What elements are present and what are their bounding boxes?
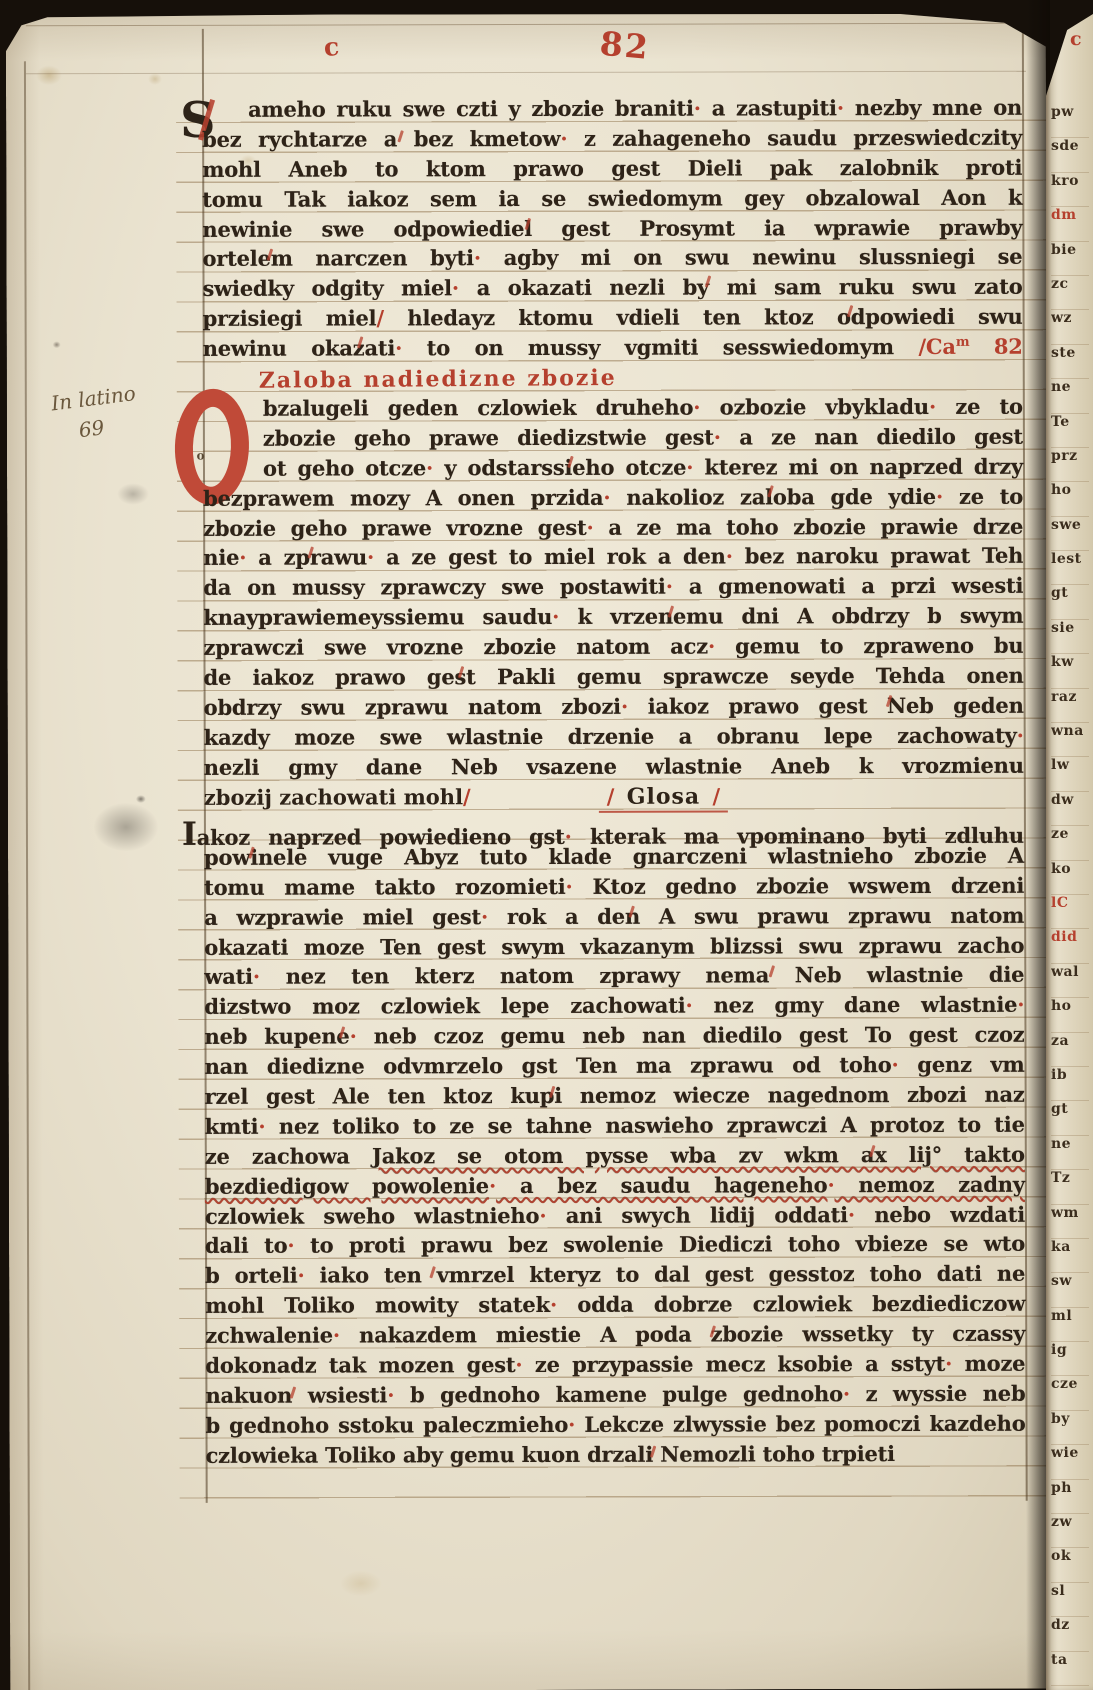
edge-text-fragment: did xyxy=(1051,929,1089,963)
manuscript-text-line: kazdy moze swe wlastnie drzenie a obranu… xyxy=(204,722,1024,754)
manuscript-text-line: swiedky odgity miel· a okazati nezli by … xyxy=(202,274,1022,306)
edge-text-fragment: ta xyxy=(1051,1652,1089,1686)
top-frame-line xyxy=(26,71,1026,75)
edge-text-fragment: wie xyxy=(1051,1445,1089,1479)
edge-text-fragment: ste xyxy=(1051,345,1089,379)
rubrication-ticks xyxy=(6,13,1046,16)
manuscript-text-line: ameho ruku swe czti y zbozie braniti· a … xyxy=(202,95,1022,127)
red-virgule: / xyxy=(463,784,471,809)
ink-speck xyxy=(53,341,61,348)
manuscript-text-line: mohl Aneb to ktom prawo gest Dieli pak z… xyxy=(202,154,1022,186)
margin-note-number: 69 xyxy=(77,408,141,445)
edge-text-fragment: Te xyxy=(1051,414,1089,448)
edge-text-fragment: ze xyxy=(1051,826,1089,860)
ink-smudge xyxy=(117,483,149,505)
manuscript-text-line: wati· nez ten kterz natom zprawy nema Ne… xyxy=(204,962,1024,994)
manuscript-text-line: czlowieka Toliko aby gemu kuon drzali Ne… xyxy=(206,1440,1026,1472)
manuscript-text-line: dokonadz tak mozen gest· ze przypassie m… xyxy=(205,1351,1025,1383)
manuscript-text-line: newinie swe odpowiediel gest Prosymt ia … xyxy=(202,214,1022,246)
manuscript-page: c 82 In latino 69 S ameho ruku swe czti … xyxy=(6,13,1050,1690)
edge-text-fragment: sie xyxy=(1051,620,1089,654)
quire-mark: c xyxy=(323,32,340,62)
edge-text-fragment: wz xyxy=(1051,310,1089,344)
manuscript-text-line: mohl Toliko mowity statek· odda dobrze c… xyxy=(205,1291,1025,1323)
edge-text-fragment: wm xyxy=(1051,1205,1089,1239)
spine-ruling-line xyxy=(24,61,30,1690)
edge-text-fragment: lest xyxy=(1051,551,1089,585)
edge-text-fragment: ph xyxy=(1051,1480,1089,1514)
manuscript-text-line: b orteli· iako ten vmrzel kteryz to dal … xyxy=(205,1261,1025,1293)
edge-text-fragment: swe xyxy=(1051,517,1089,551)
edge-text-fragment: by xyxy=(1051,1411,1089,1445)
edge-text-fragment: zc xyxy=(1051,276,1089,310)
edge-text-fragment: ok xyxy=(1051,1548,1089,1582)
glosa-row-prefix: zbozij zachowati mohl xyxy=(204,784,463,810)
glosa-heading-row: zbozij zachowati mohl / / Glosa / xyxy=(204,783,1024,815)
edge-text-fragment: gt xyxy=(1051,1101,1089,1135)
edge-text-fragment: raz xyxy=(1051,689,1089,723)
next-leaf-edge: c pwsdekrodmbiezcwzsteneTeprzhoswelestgt… xyxy=(1046,0,1093,1690)
edge-text-fragment: lC xyxy=(1051,895,1089,929)
margin-note: In latino 69 xyxy=(49,378,141,448)
edge-text-fragment: ka xyxy=(1051,1239,1089,1273)
edge-text-fragment: zw xyxy=(1051,1514,1089,1548)
ink-smudge xyxy=(94,803,158,851)
edge-text-fragment: ne xyxy=(1051,379,1089,413)
manuscript-text-line: dali to· to proti prawu bez swolenie Die… xyxy=(205,1231,1025,1263)
manuscript-text-line: knayprawiemeyssiemu saudu· k vrzenemu dn… xyxy=(203,603,1023,635)
edge-text-fragment: dm xyxy=(1051,207,1089,241)
edge-text-fragment: Tz xyxy=(1051,1170,1089,1204)
edge-text-fragment: lw xyxy=(1051,757,1089,791)
manuscript-text-line: zchwalenie· nakazdem miestie A poda zboz… xyxy=(205,1321,1025,1353)
folio-number: 82 xyxy=(598,24,651,67)
manuscript-text-line: nezli gmy dane Neb vsazene wlastnie Aneb… xyxy=(204,752,1024,784)
manuscript-text-line: rzel gest Ale ten ktoz kupi nemoz wiecze… xyxy=(205,1082,1025,1114)
glosa-heading: Glosa xyxy=(627,784,701,810)
edge-text-fragment: sw xyxy=(1051,1273,1089,1307)
edge-text-fragment: cze xyxy=(1051,1376,1089,1410)
edge-text-fragment: bie xyxy=(1051,242,1089,276)
edge-text-fragment: dz xyxy=(1051,1617,1089,1651)
manuscript-text-line: de iakoz prawo gest Pakli gemu sprawcze … xyxy=(204,663,1024,695)
manuscript-text-line: zbozie geho prawe diedizstwie gest· a ze… xyxy=(203,424,1023,456)
manuscript-text-line: nan diedizne odvmrzelo gst Ten ma zprawu… xyxy=(205,1052,1025,1084)
edge-text-fragment: ig xyxy=(1051,1342,1089,1376)
paragraph-accusation: ameho ruku swe czti y zbozie braniti· a … xyxy=(202,95,1023,366)
edge-text-fragment: dw xyxy=(1051,792,1089,826)
manuscript-text-line: nie· a zprawu· a ze gest to miel rok a d… xyxy=(203,543,1023,575)
edge-text-fragment: pw xyxy=(1051,104,1089,138)
manuscript-text-line: bez rychtarze a bez kmetow· z zahageneho… xyxy=(202,125,1022,157)
edge-text-fragment: ne xyxy=(1051,1136,1089,1170)
manuscript-text-line: newinu okazati· to on mussy vgmiti sessw… xyxy=(203,334,1023,366)
manuscript-text-line: przisiegi miel/ hledayz ktomu vdieli ten… xyxy=(203,304,1023,336)
manuscript-text-line: Iakoz naprzed powiedieno gst· kterak ma … xyxy=(204,813,1024,845)
manuscript-text-line: kmti· nez toliko to ze se tahne naswieho… xyxy=(205,1112,1025,1144)
manuscript-text-line: tomu mame takto rozomieti· Ktoz gedno zb… xyxy=(204,872,1024,904)
edge-text-fragment: ib xyxy=(1051,1067,1089,1101)
paragraph-law-text: bzalugeli geden czlowiek druheho· ozbozi… xyxy=(203,394,1024,785)
red-virgule: / xyxy=(607,784,615,809)
top-frame-line xyxy=(26,23,1026,27)
manuscript-text-line: powinele vuge Abyz tuto klade gnarczeni … xyxy=(204,843,1024,875)
edge-text-fragment: sde xyxy=(1051,138,1089,172)
manuscript-text-line: tomu Tak iakoz sem ia se swiedomym gey o… xyxy=(202,184,1022,216)
manuscript-text-line: dizstwo moz czlowiek lepe zachowati· nez… xyxy=(204,992,1024,1024)
manuscript-text-line: czlowiek sweho wlastnieho· ani swych lid… xyxy=(205,1201,1025,1233)
edge-text-fragment: ko xyxy=(1051,861,1089,895)
edge-text-fragment: gt xyxy=(1051,585,1089,619)
manuscript-text-line: bezprawem mozy A onen przida· nakolioz z… xyxy=(203,483,1023,515)
manuscript-text-line: ze zachowa Jakoz se otom pysse wba zv wk… xyxy=(205,1141,1025,1173)
foxing-stain xyxy=(36,65,62,85)
manuscript-text-line: zprawczi swe vrozne zbozie natom acz· ge… xyxy=(203,633,1023,665)
manuscript-text-line: ot geho otcze· y odstarssieho otcze· kte… xyxy=(203,453,1023,485)
manuscript-text-line: bezdiedigow powolenie· a bez saudu hagen… xyxy=(205,1171,1025,1203)
paragraph-gloss: Iakoz naprzed powiedieno gst· kterak ma … xyxy=(204,813,1026,1473)
manuscript-text-line: ortelem narczen byti· agby mi on swu new… xyxy=(202,244,1022,276)
manuscript-text-line: neb kupene· neb czoz gemu neb nan diedil… xyxy=(204,1022,1024,1054)
edge-text-fragment: ml xyxy=(1051,1308,1089,1342)
edge-text-fragment: za xyxy=(1051,1033,1089,1067)
manuscript-text-line: okazati moze Ten gest swym vkazanym bliz… xyxy=(204,932,1024,964)
edge-text-fragment: sl xyxy=(1051,1583,1089,1617)
manuscript-text-line: a wzprawie miel gest· rok a den A swu pr… xyxy=(204,902,1024,934)
manuscript-text-line: bzalugeli geden czlowiek druheho· ozbozi… xyxy=(203,394,1023,426)
glosa-heading-group: / Glosa / xyxy=(599,783,729,812)
ink-speck xyxy=(136,795,146,803)
manuscript-text-line: da on mussy zprawczy swe postawiti· a gm… xyxy=(203,573,1023,605)
foxing-stain xyxy=(340,1570,382,1596)
manuscript-text-line: b gednoho sstoku paleczmieho· Lekcze zlw… xyxy=(205,1411,1025,1443)
manuscript-text-line: zbozie geho prawe vrozne gest· a ze ma t… xyxy=(203,513,1023,545)
edge-text-fragment: ho xyxy=(1051,482,1089,516)
edge-text-fragment: wal xyxy=(1051,964,1089,998)
edge-text-fragment: wna xyxy=(1051,723,1089,757)
foxing-stain xyxy=(148,73,162,85)
manuscript-text-line: obdrzy swu zprawu natom zbozi· iakoz pra… xyxy=(204,693,1024,725)
edge-text-fragment: ho xyxy=(1051,998,1089,1032)
next-leaf-text-fragments: pwsdekrodmbiezcwzsteneTeprzhoswelestgtsi… xyxy=(1051,104,1093,1686)
manuscript-text-line: nakuon wsiesti· b gednoho kamene pulge g… xyxy=(205,1381,1025,1413)
manuscript-photo: c 82 In latino 69 S ameho ruku swe czti … xyxy=(0,0,1093,1690)
edge-text-fragment: kro xyxy=(1051,173,1089,207)
edge-text-fragment: prz xyxy=(1051,448,1089,482)
red-virgule: / xyxy=(712,783,720,808)
next-leaf-quire-mark: c xyxy=(1070,28,1082,50)
edge-text-fragment: kw xyxy=(1051,654,1089,688)
